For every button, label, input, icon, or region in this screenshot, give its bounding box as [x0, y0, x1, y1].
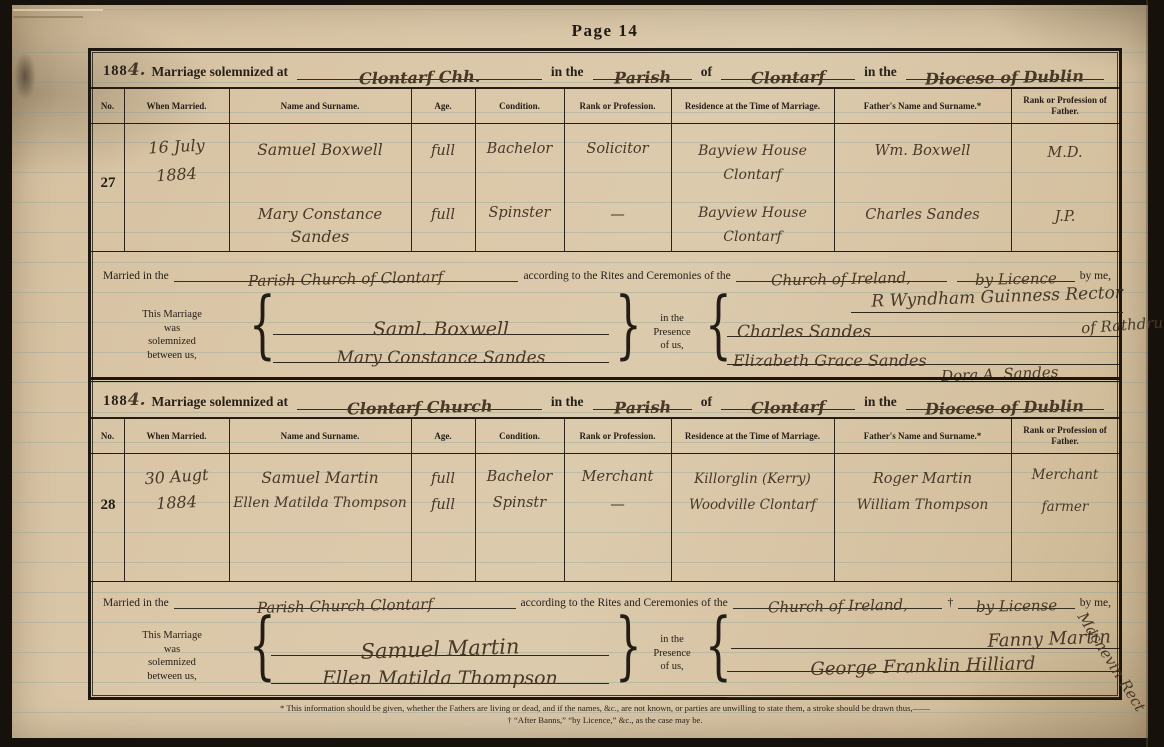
brace-close: } — [615, 288, 642, 362]
groom-father: Wm. Boxwell — [834, 143, 1011, 159]
bride-condition: Spinster — [475, 205, 564, 221]
diocese-handwritten: Diocese of Dublin — [925, 71, 1084, 84]
method-blank: by License — [958, 596, 1074, 609]
entry-28-signatures: This Marriage was solemnized between us,… — [91, 621, 1119, 697]
by-me-label: by me, — [1080, 597, 1111, 609]
bride-father-rank: J.P. — [1011, 209, 1119, 225]
rites-label: according to the Rites and Ceremonies of… — [523, 270, 730, 282]
presence-label: in the Presence of us, — [639, 312, 705, 353]
in-the-label: in the — [864, 64, 897, 80]
bride-father: William Thompson — [834, 497, 1011, 513]
married-place-blank: Parish Church Clontarf — [174, 596, 516, 609]
bride-residence-line1: Woodville Clontarf — [671, 497, 834, 513]
diocese-handwritten: Diocese of Dublin — [925, 401, 1084, 414]
method-blank: by Licence — [957, 269, 1075, 282]
bride-age: full — [411, 497, 475, 513]
ink-smudge — [14, 52, 36, 100]
bride-residence-line1: Bayview House — [671, 205, 834, 221]
parish-blank: Clontarf — [721, 68, 855, 80]
this-marriage-label: This Marriage was solemnized between us, — [97, 629, 247, 684]
church-handwritten: Church of Ireland, — [768, 600, 908, 613]
year-printed: 188 — [103, 63, 128, 80]
entry-27-header: 188 4. Marriage solemnized at Clontarf C… — [91, 51, 1119, 89]
year-printed: 188 — [103, 393, 128, 410]
married-in-label: Married in the — [103, 597, 169, 609]
footnote-line-2: † “After Banns,” “by Licence,” &c., as t… — [88, 715, 1122, 727]
groom-condition: Bachelor — [475, 141, 564, 157]
column-header-residence: Residence at the Time of Marriage. — [671, 89, 834, 123]
division-handwritten: Parish — [613, 402, 670, 413]
church-handwritten: Church of Ireland, — [771, 273, 911, 286]
bride-signature-line: Mary Constance Sandes — [273, 338, 609, 363]
brace-close: } — [615, 609, 642, 683]
of-label: of — [701, 64, 712, 80]
division-handwritten: Parish — [613, 72, 670, 83]
page-edge-highlight — [13, 9, 103, 11]
entry-28-header: 188 4. Marriage solemnized at Clontarf C… — [91, 381, 1119, 419]
year-handwritten: 4. — [128, 390, 146, 410]
bride-father: Charles Sandes — [834, 207, 1011, 223]
church-blank: Church of Ireland, — [736, 269, 947, 282]
bride-name-line2: Sandes — [229, 227, 411, 246]
column-header-no: No. — [91, 89, 124, 123]
diocese-blank: Diocese of Dublin — [906, 68, 1104, 80]
groom-condition: Bachelor — [475, 469, 564, 485]
division-blank: Parish — [593, 68, 692, 80]
in-the-label: in the — [551, 394, 584, 410]
bride-signature: Ellen Matilda Thompson — [271, 667, 609, 689]
page-edge-shadow — [13, 16, 83, 18]
witness-signature-line — [727, 673, 1119, 698]
column-header-father: Father's Name and Surname.* — [834, 419, 1011, 453]
officiant-signature-line: Fanny Martin — [731, 623, 1119, 649]
column-header-when: When Married. — [124, 89, 229, 123]
method-handwritten: by Licence — [975, 273, 1057, 285]
groom-signature-line: Saml. Boxwell — [273, 310, 609, 335]
column-header-no: No. — [91, 419, 124, 453]
column-header-father-rank: Rank or Profession of Father. — [1011, 89, 1119, 123]
column-headers: No. When Married. Name and Surname. Age.… — [91, 89, 1119, 124]
entry-record-27: 188 4. Marriage solemnized at Clontarf C… — [91, 51, 1119, 381]
form-footnotes: * This information should be given, whet… — [88, 703, 1122, 726]
groom-signature: Saml. Boxwell — [273, 318, 609, 340]
groom-rank: Merchant — [564, 469, 671, 485]
parish-handwritten: Clontarf — [751, 402, 825, 414]
column-header-rank: Rank or Profession. — [564, 419, 671, 453]
groom-father-rank: M.D. — [1011, 145, 1119, 161]
method-handwritten: by License — [976, 600, 1057, 612]
column-header-condition: Condition. — [475, 419, 564, 453]
witness-signature-line: Elizabeth Grace Sandes — [727, 340, 1119, 365]
married-place-blank: Parish Church of Clontarf — [174, 269, 519, 282]
groom-signature-line: Samuel Martin — [271, 629, 609, 656]
of-label: of — [701, 394, 712, 410]
bride-signature-line: Ellen Matilda Thompson — [271, 657, 609, 684]
column-header-rank: Rank or Profession. — [564, 89, 671, 123]
right-page-edge — [1146, 0, 1148, 747]
groom-father-rank: Merchant — [1011, 467, 1119, 483]
column-header-father: Father's Name and Surname.* — [834, 89, 1011, 123]
column-header-father-rank: Rank or Profession of Father. — [1011, 419, 1119, 453]
brace-open: { — [249, 288, 276, 362]
bride-name-line1: Mary Constance — [229, 205, 411, 223]
column-header-condition: Condition. — [475, 89, 564, 123]
bride-signature: Mary Constance Sandes — [273, 348, 609, 368]
witness-signature-line: Charles Sandes — [727, 312, 1119, 337]
dagger-mark: † — [947, 597, 953, 609]
when-married-line1: 30 Augt — [123, 463, 229, 489]
entry-record-28: 188 4. Marriage solemnized at Clontarf C… — [91, 381, 1119, 697]
division-blank: Parish — [593, 398, 692, 410]
place-blank: Clontarf Church — [297, 398, 542, 410]
solemnized-at-label: Marriage solemnized at — [152, 394, 288, 410]
bride-condition: Spinstr — [475, 495, 564, 511]
place-blank: Clontarf Chh. — [297, 68, 542, 80]
bride-age: full — [411, 207, 475, 223]
bride-rank: — — [564, 497, 671, 513]
diocese-blank: Diocese of Dublin — [906, 398, 1104, 410]
when-married-line1: 16 July — [124, 134, 230, 158]
bride-name-line1: Ellen Matilda Thompson — [229, 495, 411, 511]
entry-27-signatures: This Marriage was solemnized between us,… — [91, 298, 1119, 381]
groom-name: Samuel Martin — [229, 469, 411, 487]
by-me-label: by me, — [1080, 270, 1111, 282]
column-header-age: Age. — [411, 419, 475, 453]
groom-name: Samuel Boxwell — [229, 141, 411, 159]
register-page-scan: Page 14 188 4. Marriage solemnized at Cl… — [0, 0, 1164, 747]
record-number: 27 — [93, 175, 123, 192]
groom-residence-line1: Killorglin (Kerry) — [671, 471, 834, 487]
married-place-handwritten: Parish Church Clontarf — [257, 599, 433, 613]
witness-signature-line: George Franklin Hilliard — [727, 647, 1119, 672]
married-in-label: Married in the — [103, 270, 169, 282]
in-the-label: in the — [864, 394, 897, 410]
column-header-residence: Residence at the Time of Marriage. — [671, 419, 834, 453]
column-header-when: When Married. — [124, 419, 229, 453]
entry-28-married-line: Married in the Parish Church Clontarf ac… — [91, 581, 1119, 621]
groom-age: full — [411, 471, 475, 487]
column-headers: No. When Married. Name and Surname. Age.… — [91, 419, 1119, 454]
entry-28-data: 28 30 Augt 1884 Samuel Martin full Bache… — [91, 453, 1119, 582]
parish-blank: Clontarf — [721, 398, 855, 410]
church-blank: Church of Ireland, — [733, 596, 943, 609]
column-header-name: Name and Surname. — [229, 89, 411, 123]
column-header-name: Name and Surname. — [229, 419, 411, 453]
place-handwritten: Clontarf Church — [347, 401, 493, 414]
register-form: 188 4. Marriage solemnized at Clontarf C… — [88, 48, 1122, 700]
this-marriage-label: This Marriage was solemnized between us, — [97, 308, 247, 363]
year-handwritten: 4. — [128, 60, 146, 80]
witness-1-signature: Charles Sandes — [727, 322, 1119, 342]
footnote-line-1: * This information should be given, whet… — [88, 703, 1122, 715]
solemnized-at-label: Marriage solemnized at — [152, 64, 288, 80]
groom-rank: Solicitor — [564, 141, 671, 157]
groom-age: full — [411, 143, 475, 159]
when-married-line2: 1884 — [124, 490, 230, 514]
groom-residence-line2: Clontarf — [671, 167, 834, 183]
page-title: Page 14 — [88, 21, 1122, 41]
in-the-label: in the — [551, 64, 584, 80]
bride-father-rank: farmer — [1011, 499, 1119, 515]
married-place-handwritten: Parish Church of Clontarf — [248, 272, 443, 286]
when-married-line2: 1884 — [123, 161, 229, 187]
presence-label: in the Presence of us, — [639, 633, 705, 674]
parish-handwritten: Clontarf — [751, 72, 825, 84]
entry-27-data: 27 16 July 1884 Samuel Boxwell full Bach… — [91, 123, 1119, 252]
bride-rank: — — [564, 207, 671, 223]
column-header-age: Age. — [411, 89, 475, 123]
record-number: 28 — [93, 497, 123, 514]
bride-residence-line2: Clontarf — [671, 229, 834, 245]
place-handwritten: Clontarf Chh. — [359, 72, 481, 85]
groom-father: Roger Martin — [834, 471, 1011, 487]
groom-residence-line1: Bayview House — [671, 143, 834, 159]
